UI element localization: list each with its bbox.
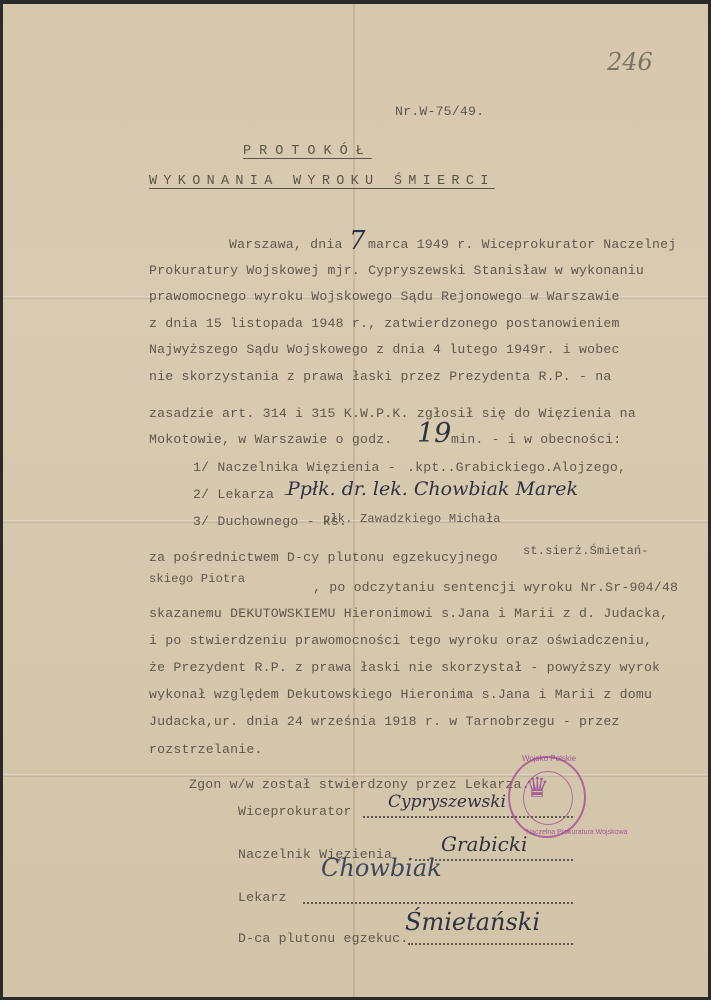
body-line: prawomocnego wyroku Wojskowego Sądu Rejo… — [149, 289, 620, 304]
stamp-bottom-text: Naczelna Prokuratura Wojskowa — [526, 829, 627, 836]
body-line: rozstrzelanie. — [149, 742, 263, 757]
body-line: , po odczytaniu sentencji wyroku Nr.Sr-9… — [313, 580, 678, 595]
signature: Śmietański — [405, 908, 540, 936]
signature-line — [303, 890, 573, 904]
document-page: 246 Nr.W-75/49. PROTOKÓŁ WYKONANIA WYROK… — [3, 4, 708, 997]
closing-line: Zgon w/w został stwierdzony przez Lekarz… — [189, 777, 530, 792]
witness-label: 1/ Naczelnika Więzienia - — [193, 460, 396, 475]
archive-page-number: 246 — [607, 48, 653, 76]
body-line: nie skorzystania z prawa łaski przez Pre… — [149, 369, 612, 384]
body-line: min. - i w obecności: — [451, 432, 621, 447]
reference-number: Nr.W-75/49. — [395, 104, 484, 119]
signature: Chowbiak — [321, 854, 442, 882]
handwritten-hour: 19 — [417, 418, 451, 449]
handwritten-day: 7 — [349, 226, 366, 256]
body-line: z dnia 15 listopada 1948 r., zatwierdzon… — [149, 316, 620, 331]
signature-role: Lekarz — [238, 890, 287, 905]
body-line: Najwyższego Sądu Wojskowego z dnia 4 lut… — [149, 342, 620, 357]
body-line: Mokotowie, w Warszawie o godz. — [149, 432, 392, 447]
body-line: że Prezydent R.P. z prawa łaski nie skor… — [149, 660, 660, 675]
title-line-1: PROTOKÓŁ — [243, 144, 372, 159]
witness-label: 2/ Lekarza - — [193, 487, 290, 502]
body-line: wykonał względem Dekutowskiego Hieronima… — [149, 687, 652, 702]
body-line: Prokuratury Wojskowej mjr. Cypryszewski … — [149, 263, 644, 278]
signature: Grabicki — [441, 832, 527, 856]
body-line: marca 1949 r. Wiceprokurator Naczelnej — [368, 237, 676, 252]
body-line: Judacka,ur. dnia 24 września 1918 r. w T… — [149, 714, 620, 729]
witness-value: .kpt..Grabickiego.Alojzego, — [407, 460, 626, 475]
signature: Cypryszewski — [388, 792, 506, 812]
eagle-emblem-icon: ♛ — [527, 772, 547, 806]
body-line: za pośrednictwem D-cy plutonu egzekucyjn… — [149, 550, 498, 565]
signature-role: D-ca plutonu egzekuc. — [238, 931, 408, 946]
witness-value: płk. Zawadzkiego Michała — [323, 512, 501, 526]
executioner-name-part1: st.sierż.Śmietań- — [523, 544, 649, 558]
official-stamp: Wojsko Polskie ♛ Naczelna Prokuratura Wo… — [508, 756, 586, 838]
executioner-name-part2: skiego Piotra — [149, 572, 245, 586]
body-line: skazanemu DEKUTOWSKIEMU Hieronimowi s.Ja… — [149, 606, 668, 621]
signature-role: Wiceprokurator — [238, 804, 352, 819]
body-line: Warszawa, dnia — [229, 237, 343, 252]
body-line: i po stwierdzeniu prawomocności tego wyr… — [149, 633, 652, 648]
body-line: zasadzie art. 314 i 315 K.W.P.K. zgłosił… — [149, 406, 636, 421]
title-line-2: WYKONANIA WYROKU ŚMIERCI — [149, 174, 495, 189]
stamp-top-text: Wojsko Polskie — [522, 754, 576, 763]
witness-handwritten: Ppłk. dr. lek. Chowbiak Marek — [287, 478, 578, 500]
